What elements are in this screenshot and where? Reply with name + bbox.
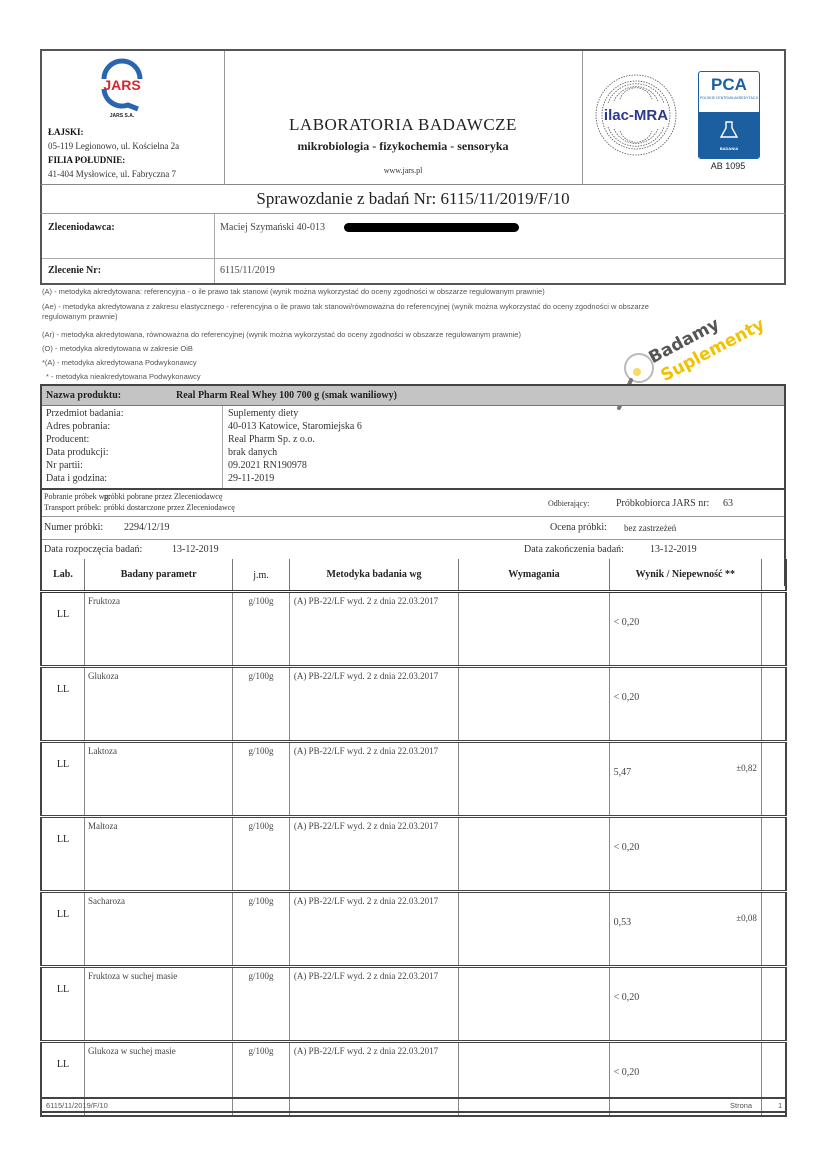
cell-method: (A) PB-22/LF wyd. 2 z dnia 22.03.2017 — [289, 817, 458, 892]
order-value: 6115/11/2019 — [220, 265, 275, 276]
col-param: Badany parametr — [85, 559, 233, 592]
cell-param: Fruktoza w suchej masie — [85, 967, 233, 1042]
report-header: JARS JARS S.A. ŁAJSKI: 05-119 Legionowo,… — [40, 49, 786, 185]
accreditation-logos: ilac-MRA PCA POLSKIE CENTRUM AKREDYTACJI… — [582, 51, 786, 185]
table-row: LLFruktoza w suchej masieg/100g(A) PB-22… — [41, 967, 786, 1042]
table-row: LLGlukozag/100g(A) PB-22/LF wyd. 2 z dni… — [41, 667, 786, 742]
cell-method: (A) PB-22/LF wyd. 2 z dnia 22.03.2017 — [289, 967, 458, 1042]
cell-param: Laktoza — [85, 742, 233, 817]
cell-lab: LL — [41, 742, 85, 817]
branch-address: 41-404 Mysłowice, ul. Fabryczna 7 — [48, 167, 179, 181]
cell-unit: g/100g — [233, 592, 290, 667]
cell-param: Sacharoza — [85, 892, 233, 967]
cell-requirements — [459, 667, 609, 742]
footer-page-label: Strona — [730, 1101, 752, 1110]
product-section: Nazwa produktu: Real Pharm Real Whey 100… — [40, 384, 786, 490]
logo-subtext: JARS S.A. — [102, 113, 142, 119]
client-label: Zleceniodawca: — [48, 222, 115, 233]
lab-subtitle: mikrobiologia - fizykochemia - sensoryka — [224, 139, 582, 154]
branch-label: FILIA POŁUDNIE: — [48, 155, 125, 165]
order-label: Zlecenie Nr: — [48, 265, 101, 276]
cell-lab: LL — [41, 892, 85, 967]
svg-text:ilac-MRA: ilac-MRA — [604, 107, 668, 124]
footer-doc-id: 6115/11/2019/F/10 — [46, 1101, 108, 1110]
col-unit: j.m. — [233, 559, 290, 592]
table-row: LLMaltozag/100g(A) PB-22/LF wyd. 2 z dni… — [41, 817, 786, 892]
svg-text:JARS: JARS — [103, 77, 140, 93]
cell-method: (A) PB-22/LF wyd. 2 z dnia 22.03.2017 — [289, 892, 458, 967]
cell-method: (A) PB-22/LF wyd. 2 z dnia 22.03.2017 — [289, 592, 458, 667]
lab-title-block: LABORATORIA BADAWCZE mikrobiologia - fiz… — [224, 51, 583, 185]
col-method: Metodyka badania wg — [289, 559, 458, 592]
accreditation-number: AB 1095 — [698, 161, 758, 171]
table-row: LLFruktozag/100g(A) PB-22/LF wyd. 2 z dn… — [41, 592, 786, 667]
table-row: LLLaktozag/100g(A) PB-22/LF wyd. 2 z dni… — [41, 742, 786, 817]
report-title: Sprawozdanie z badań Nr: 6115/11/2019/F/… — [40, 185, 786, 213]
cell-param: Glukoza — [85, 667, 233, 742]
table-row: LLSacharozag/100g(A) PB-22/LF wyd. 2 z d… — [41, 892, 786, 967]
website-link[interactable]: www.jars.pl — [224, 166, 582, 175]
cell-requirements — [459, 592, 609, 667]
page-footer: 6115/11/2019/F/10 Strona 1 — [40, 1097, 787, 1113]
company-info: JARS JARS S.A. ŁAJSKI: 05-119 Legionowo,… — [42, 51, 225, 185]
col-requirements: Wymagania — [459, 559, 609, 592]
col-result: Wynik / Niepewność ** — [609, 559, 761, 592]
client-box: Zleceniodawca: Maciej Szymański 40-013 Z… — [40, 213, 786, 285]
cell-result: < 0,20 — [609, 667, 761, 742]
cell-method: (A) PB-22/LF wyd. 2 z dnia 22.03.2017 — [289, 667, 458, 742]
cell-param: Maltoza — [85, 817, 233, 892]
cell-result: < 0,20 — [609, 592, 761, 667]
flask-icon — [719, 120, 739, 140]
cell-requirements — [459, 967, 609, 1042]
cell-unit: g/100g — [233, 742, 290, 817]
product-name-label: Nazwa produktu: — [46, 386, 121, 405]
cell-unit: g/100g — [233, 817, 290, 892]
cell-result: < 0,20 — [609, 817, 761, 892]
product-name-value: Real Pharm Real Whey 100 700 g (smak wan… — [176, 386, 397, 405]
cell-result: 0,53±0,08 — [609, 892, 761, 967]
cell-requirements — [459, 892, 609, 967]
cell-result: < 0,20 — [609, 967, 761, 1042]
cell-method: (A) PB-22/LF wyd. 2 z dnia 22.03.2017 — [289, 742, 458, 817]
redacted-address — [344, 223, 519, 232]
cell-requirements — [459, 742, 609, 817]
cell-lab: LL — [41, 592, 85, 667]
col-lab: Lab. — [41, 559, 85, 592]
cell-lab: LL — [41, 817, 85, 892]
cell-unit: g/100g — [233, 667, 290, 742]
results-table: Lab. Badany parametr j.m. Metodyka badan… — [40, 559, 787, 1117]
product-name-bar: Nazwa produktu: Real Pharm Real Whey 100… — [42, 386, 784, 406]
cell-lab: LL — [41, 967, 85, 1042]
pca-logo: PCA POLSKIE CENTRUM AKREDYTACJI BADANIA — [698, 71, 760, 159]
client-value: Maciej Szymański 40-013 — [220, 222, 325, 233]
jars-logo-icon: JARS — [98, 57, 146, 115]
cell-unit: g/100g — [233, 967, 290, 1042]
cell-result: 5,47±0,82 — [609, 742, 761, 817]
hq-address: 05-119 Legionowo, ul. Kościelna 2a — [48, 139, 179, 153]
hq-label: ŁAJSKI: — [48, 127, 84, 137]
footer-page-number: 1 — [778, 1101, 782, 1110]
cell-unit: g/100g — [233, 892, 290, 967]
cell-param: Fruktoza — [85, 592, 233, 667]
table-header-row: Lab. Badany parametr j.m. Metodyka badan… — [41, 559, 786, 592]
cell-lab: LL — [41, 667, 85, 742]
address-block: ŁAJSKI: 05-119 Legionowo, ul. Kościelna … — [48, 125, 179, 181]
cell-requirements — [459, 817, 609, 892]
lab-title: LABORATORIA BADAWCZE — [224, 115, 582, 135]
ilac-mra-logo-icon: ilac-MRA — [594, 73, 678, 157]
